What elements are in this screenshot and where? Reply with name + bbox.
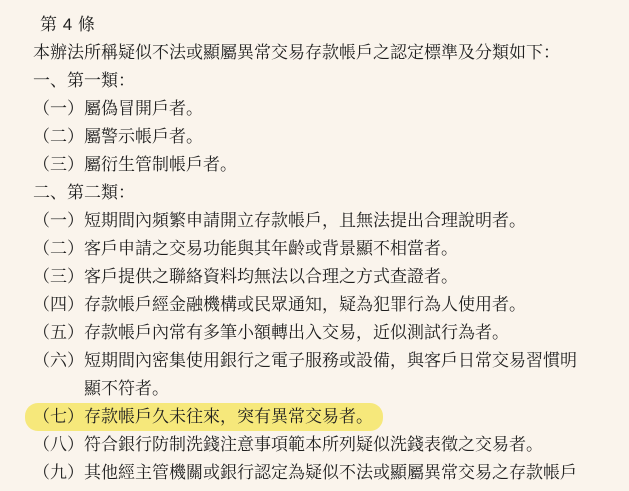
clause-text: 屬警示帳戶者。 [84,123,203,151]
clause-text: 屬衍生管制帳戶者。 [84,151,237,179]
clause-item: （八） 符合銀行防制洗錢注意事項範本所列疑似洗錢表徵之交易者。 [33,431,613,459]
clause-item: （六） 短期間內密集使用銀行之電子服務或設備，與客戶日常交易習慣明顯不符者。 [33,347,613,403]
section-2-label: 二、第二類： [33,179,613,207]
clause-marker: （一） [33,207,84,235]
clause-text: 屬偽冒開戶者。 [84,95,203,123]
clause-item: （五） 存款帳戶內常有多筆小額轉出入交易，近似測試行為者。 [33,319,613,347]
clause-marker: （六） [33,347,84,375]
clause-item: （一） 屬偽冒開戶者。 [33,95,613,123]
clause-marker: （三） [33,263,84,291]
clause-marker: （二） [33,123,84,151]
clause-item: （一） 短期間內頻繁申請開立存款帳戶，且無法提出合理說明者。 [33,207,613,235]
article-intro: 本辦法所稱疑似不法或顯屬異常交易存款帳戶之認定標準及分類如下： [33,39,613,67]
clause-marker: （一） [33,95,84,123]
clause-marker: （八） [33,431,84,459]
clause-text: 存款帳戶經金融機構或民眾通知，疑為犯罪行為人使用者。 [84,291,526,319]
clause-item: （二） 客戶申請之交易功能與其年齡或背景顯不相當者。 [33,235,613,263]
clause-marker: （五） [33,319,84,347]
article-heading: 第 4 條 [33,11,613,39]
clause-text: 存款帳戶內常有多筆小額轉出入交易，近似測試行為者。 [84,319,509,347]
clause-item: （三） 客戶提供之聯絡資料均無法以合理之方式查證者。 [33,263,613,291]
clause-text: 短期間內密集使用銀行之電子服務或設備，與客戶日常交易習慣明顯不符者。 [84,347,590,403]
clause-marker: （七） [25,403,84,431]
clause-item: （三） 屬衍生管制帳戶者。 [33,151,613,179]
clause-item: （四） 存款帳戶經金融機構或民眾通知，疑為犯罪行為人使用者。 [33,291,613,319]
clause-text: 短期間內頻繁申請開立存款帳戶，且無法提出合理說明者。 [84,207,526,235]
clause-text: 客戶提供之聯絡資料均無法以合理之方式查證者。 [84,263,458,291]
clause-text-highlighted: 存款帳戶久未往來，突有異常交易者。 [84,403,383,431]
clause-marker: （二） [33,235,84,263]
clause-marker: （三） [33,151,84,179]
clause-item: （二） 屬警示帳戶者。 [33,123,613,151]
clause-item: （九） 其他經主管機關或銀行認定為疑似不法或顯屬異常交易之存款帳戶 [33,459,613,487]
clause-text: 客戶申請之交易功能與其年齡或背景顯不相當者。 [84,235,458,263]
highlighted-clause: （七） 存款帳戶久未往來，突有異常交易者。 [33,403,613,431]
clause-text: 其他經主管機關或銀行認定為疑似不法或顯屬異常交易之存款帳戶 [84,459,577,487]
clause-marker: （四） [33,291,84,319]
clause-text: 符合銀行防制洗錢注意事項範本所列疑似洗錢表徵之交易者。 [84,431,543,459]
section-1-label: 一、第一類： [33,67,613,95]
legal-document-page: 第 4 條 本辦法所稱疑似不法或顯屬異常交易存款帳戶之認定標準及分類如下： 一、… [0,0,629,491]
clause-marker: （九） [33,459,84,487]
